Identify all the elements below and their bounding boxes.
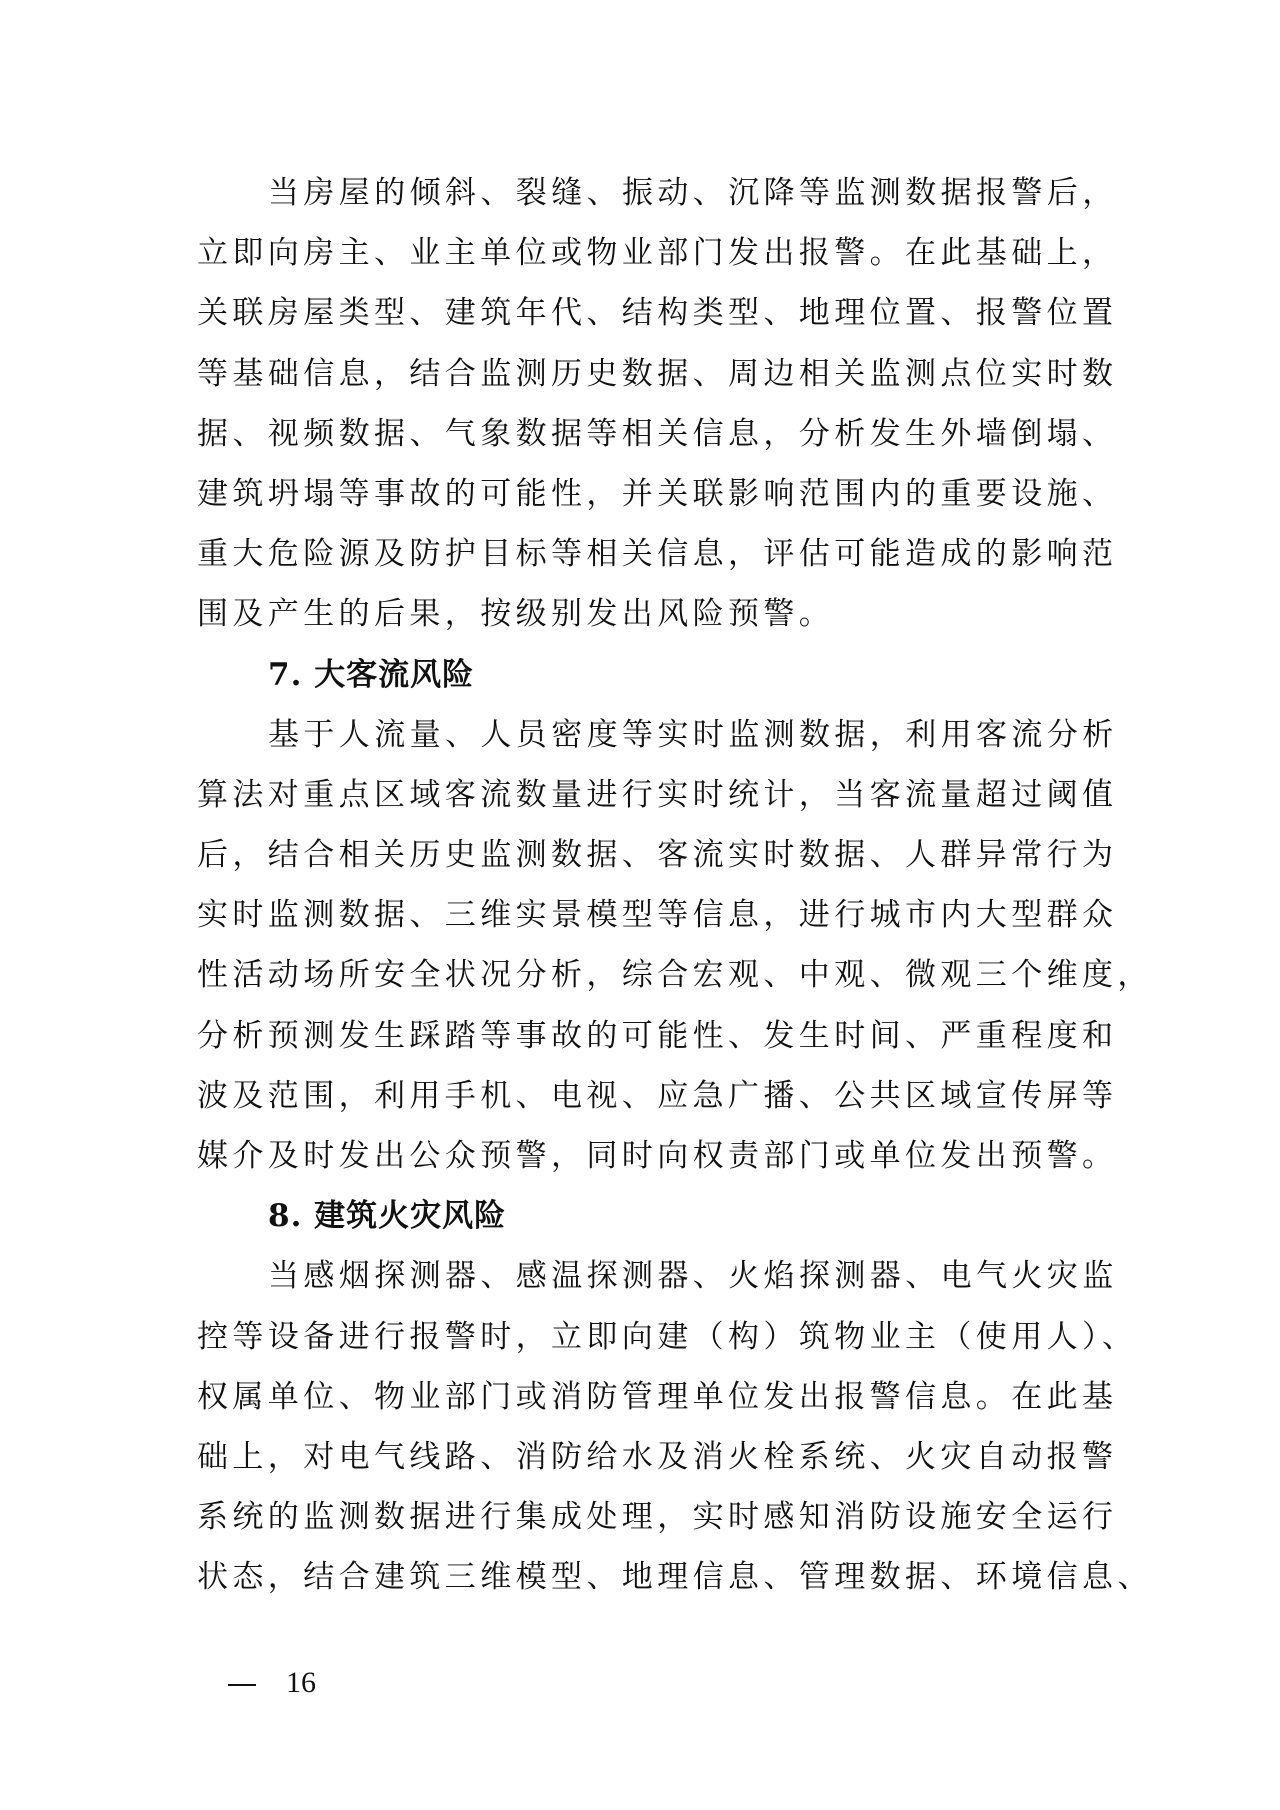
paragraph-line: 实时监测数据、三维实景模型等信息，进行城市内大型群众 bbox=[197, 885, 1097, 945]
paragraph-line: 媒介及时发出公众预警，同时向权责部门或单位发出预警。 bbox=[197, 1126, 1097, 1186]
paragraph-line: 立即向房主、业主单位或物业部门发出报警。在此基础上， bbox=[197, 223, 1097, 283]
paragraph-line: 当感烟探测器、感温探测器、火焰探测器、电气火灾监 bbox=[197, 1246, 1097, 1306]
paragraph-line: 性活动场所安全状况分析，综合宏观、中观、微观三个维度， bbox=[197, 945, 1097, 1005]
paragraph-line: 据、视频数据、气象数据等相关信息，分析发生外墙倒塌、 bbox=[197, 404, 1097, 464]
paragraph-line: 状态，结合建筑三维模型、地理信息、管理数据、环境信息、 bbox=[197, 1547, 1097, 1607]
paragraph-line: 权属单位、物业部门或消防管理单位发出报警信息。在此基 bbox=[197, 1367, 1097, 1427]
page-footer: 16 bbox=[228, 1666, 316, 1700]
page-number: 16 bbox=[286, 1666, 316, 1699]
paragraph-line: 系统的监测数据进行集成处理，实时感知消防设施安全运行 bbox=[197, 1487, 1097, 1547]
paragraph-line: 础上，对电气线路、消防给水及消火栓系统、火灾自动报警 bbox=[197, 1427, 1097, 1487]
paragraph-line: 等基础信息，结合监测历史数据、周边相关监测点位实时数 bbox=[197, 344, 1097, 404]
paragraph-line: 围及产生的后果，按级别发出风险预警。 bbox=[197, 584, 1097, 644]
paragraph-line: 建筑坍塌等事故的可能性，并关联影响范围内的重要设施、 bbox=[197, 464, 1097, 524]
paragraph-line: 后，结合相关历史监测数据、客流实时数据、人群异常行为 bbox=[197, 825, 1097, 885]
page-number-dash bbox=[228, 1684, 256, 1686]
paragraph-line: 关联房屋类型、建筑年代、结构类型、地理位置、报警位置 bbox=[197, 283, 1097, 343]
section-heading-building-fire-risk: 8. 建筑火灾风险 bbox=[197, 1186, 1097, 1246]
paragraph-line: 控等设备进行报警时，立即向建（构）筑物业主（使用人）、 bbox=[197, 1307, 1097, 1367]
paragraph-line: 基于人流量、人员密度等实时监测数据，利用客流分析 bbox=[197, 705, 1097, 765]
section-heading-crowd-risk: 7. 大客流风险 bbox=[197, 645, 1097, 705]
paragraph-line: 重大危险源及防护目标等相关信息，评估可能造成的影响范 bbox=[197, 524, 1097, 584]
paragraph-line: 分析预测发生踩踏等事故的可能性、发生时间、严重程度和 bbox=[197, 1006, 1097, 1066]
paragraph-line: 当房屋的倾斜、裂缝、振动、沉降等监测数据报警后， bbox=[197, 163, 1097, 223]
document-body: 当房屋的倾斜、裂缝、振动、沉降等监测数据报警后， 立即向房主、业主单位或物业部门… bbox=[197, 163, 1097, 1608]
paragraph-line: 波及范围，利用手机、电视、应急广播、公共区域宣传屏等 bbox=[197, 1066, 1097, 1126]
paragraph-line: 算法对重点区域客流数量进行实时统计，当客流量超过阈值 bbox=[197, 765, 1097, 825]
document-page: 当房屋的倾斜、裂缝、振动、沉降等监测数据报警后， 立即向房主、业主单位或物业部门… bbox=[0, 0, 1280, 1810]
